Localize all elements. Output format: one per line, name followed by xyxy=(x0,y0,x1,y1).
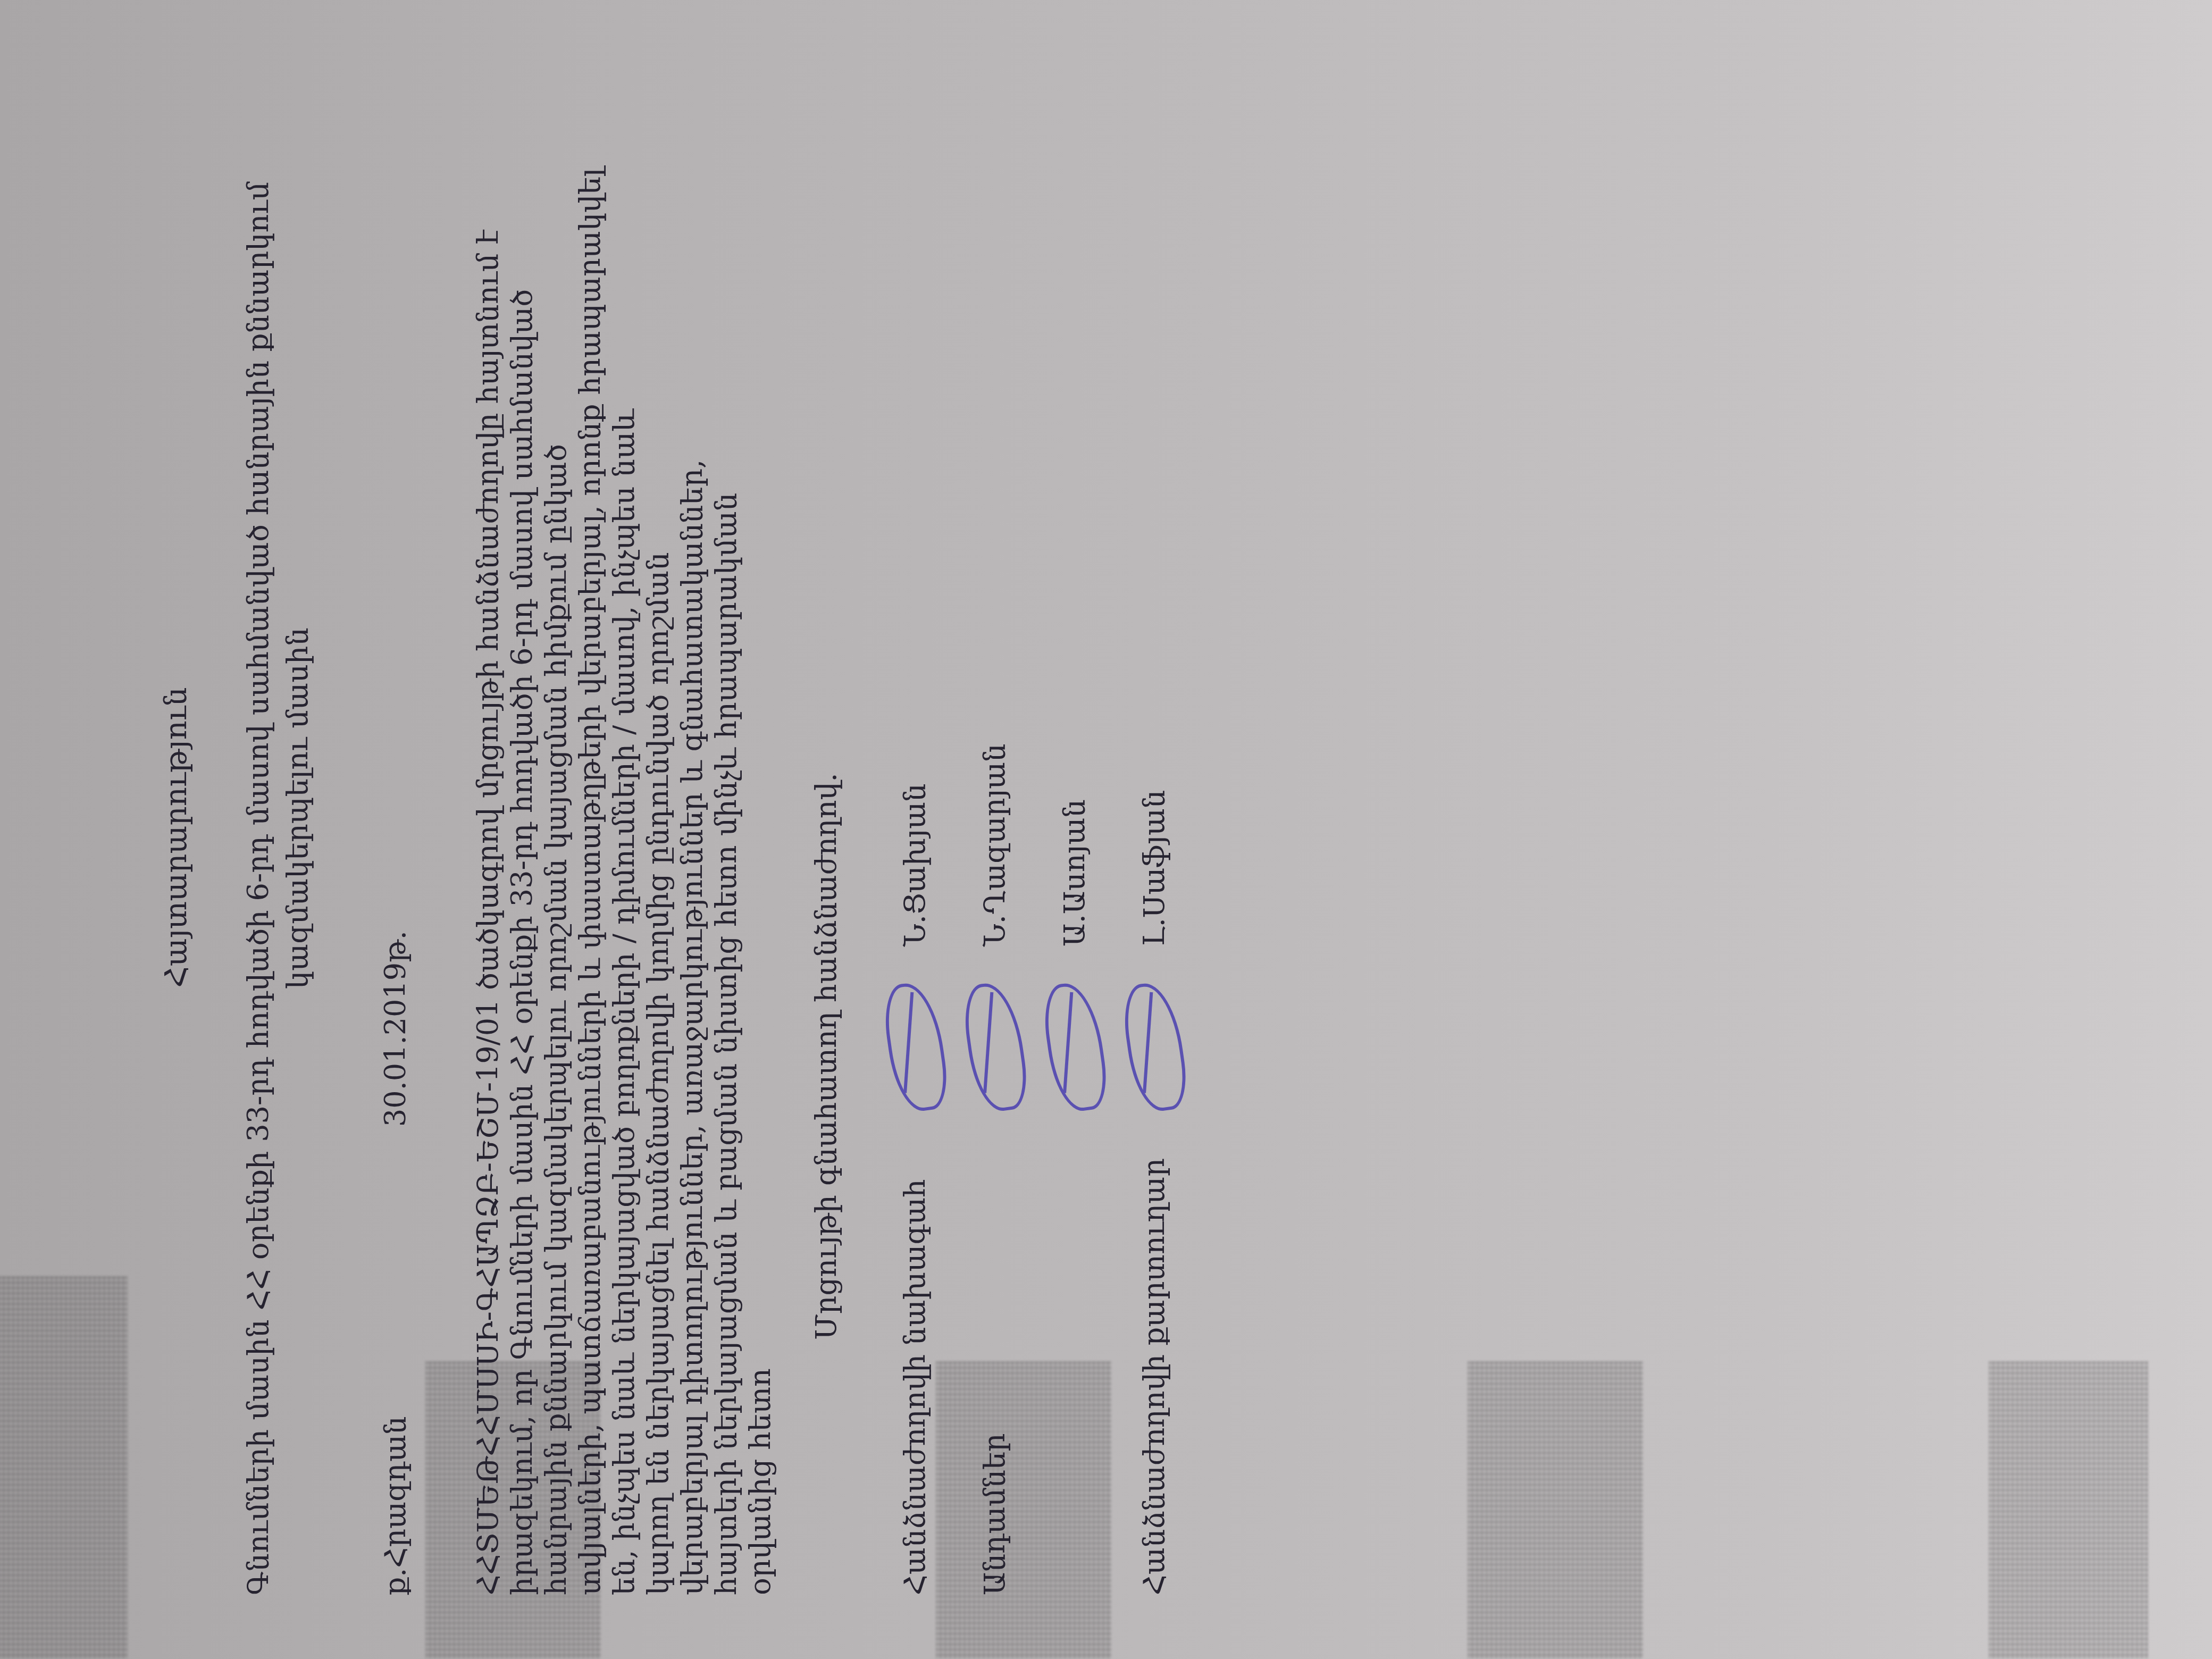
handwritten-signature-icon xyxy=(1122,957,1186,1117)
body-line: հանրային քննարկում կազմակերպելու որոշման… xyxy=(539,213,573,1595)
document-title: Հայտարարություն xyxy=(160,80,194,1595)
place-date-row: ք.Հրազդան 30.01.2019թ. xyxy=(379,931,413,1595)
body-line: կարող են ներկայացնել հանձնաժողովի կողմից… xyxy=(641,213,675,1595)
signature-name: Լ.Սաֆյան xyxy=(1137,790,1171,946)
body-line: տվյալների, պատճառաբանությունների և փաստա… xyxy=(573,213,607,1595)
signature-role: Հանձնաժողովի քարտուղար xyxy=(1137,1117,1171,1595)
signature-role: Հանձնաժողովի նախագահ xyxy=(898,1117,932,1595)
signature-name: Ն.Ղազարյան xyxy=(978,743,1012,946)
city: ք.Հրազդան xyxy=(379,1416,413,1595)
document-page: Հայտարարություն Գնումների մասին ՀՀ օրենք… xyxy=(160,80,1194,1595)
commission-heading: Մրցույթի գնահատող հանձնաժողով. xyxy=(809,80,843,1340)
toner-streak xyxy=(0,1276,128,1659)
signature-row: Հանձնաժողովի նախագահ Ն.Ցախյան xyxy=(875,80,955,1595)
header-line: Գնումների մասին ՀՀ օրենքի 33-րդ հոդվածի … xyxy=(241,80,275,1595)
toner-streak xyxy=(1468,1361,1643,1659)
body-line: վերաբերյալ դիտողություններ, առաջարկությո… xyxy=(675,213,709,1595)
signature-row: Հանձնաժողովի քարտուղար Լ.Սաֆյան xyxy=(1115,80,1194,1595)
signature-row: Անդամներ Ն.Ղազարյան xyxy=(955,80,1035,1595)
toner-streak xyxy=(1989,1361,2148,1659)
body-line: են, ինչպես նաև ներկայացված բողոքների / դ… xyxy=(607,213,641,1595)
signature-role: Անդամներ xyxy=(978,1117,1012,1595)
handwritten-signature-icon xyxy=(963,957,1027,1117)
body-line: ՀՀՏՄԵԹՀՀՄՍՍԻ-ԳՀԱՊՁԲ-ԵՇՄ-19/01 ծածկագրով … xyxy=(471,213,505,1595)
body-line: իրազեկում, որ Գնումների մասին ՀՀ օրենքի … xyxy=(505,213,539,1595)
body-line: հայտերի ներկայացման և բացման նիստից հետո… xyxy=(709,213,743,1595)
signature-row: Ա.Ասոյան xyxy=(1035,80,1115,1595)
handwritten-signature-icon xyxy=(883,957,947,1117)
signature-name: Ա.Ասոյան xyxy=(1058,799,1092,946)
date: 30.01.2019թ. xyxy=(379,931,413,1127)
header-line: կազմակերպելու մասին xyxy=(281,80,315,989)
handwritten-signature-icon xyxy=(1043,957,1107,1117)
body-paragraph: ՀՀՏՄԵԹՀՀՄՍՍԻ-ԳՀԱՊՁԲ-ԵՇՄ-19/01 ծածկագրով … xyxy=(471,213,777,1595)
signature-name: Ն.Ցախյան xyxy=(898,784,932,947)
body-line: օրվանից հետո xyxy=(743,213,777,1595)
